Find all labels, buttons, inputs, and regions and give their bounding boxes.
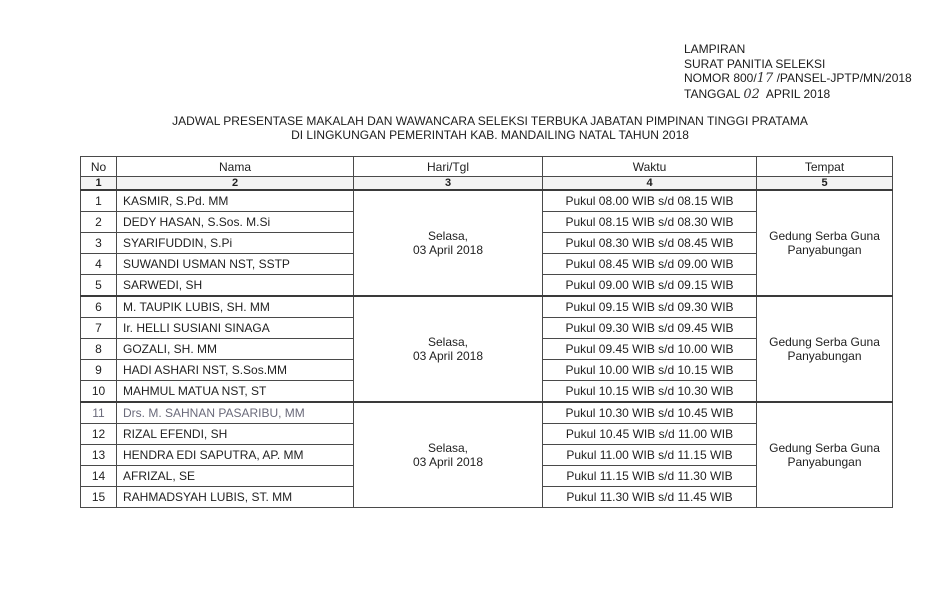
group-place-line1: Gedung Serba Guna [757,335,892,349]
group-place-cell: Gedung Serba GunaPanyabungan [757,402,893,508]
header-nama: Nama [117,157,354,177]
header-tempat: Tempat [757,157,893,177]
row-time: Pukul 11.15 WIB s/d 11.30 WIB [543,466,757,487]
column-number-row: 1 2 3 4 5 [81,177,893,191]
row-no: 8 [81,339,117,360]
row-name: Ir. HELLI SUSIANI SINAGA [117,318,354,339]
group-date-cell: Selasa,03 April 2018 [354,402,543,508]
group-day: Selasa, [354,441,542,455]
group-date-cell: Selasa,03 April 2018 [354,190,543,296]
tanggal-line: TANGGAL 02 APRIL 2018 [684,87,912,103]
row-no: 11 [81,402,117,424]
title-line-1: JADWAL PRESENTASE MAKALAH DAN WAWANCARA … [0,114,936,128]
tanggal-prefix: TANGGAL [684,87,743,101]
row-no: 10 [81,381,117,403]
row-name: GOZALI, SH. MM [117,339,354,360]
row-time: Pukul 08.00 WIB s/d 08.15 WIB [543,190,757,212]
group-place-line2: Panyabungan [757,243,892,257]
group-day: Selasa, [354,335,542,349]
table-row: 11 Drs. M. SAHNAN PASARIBU, MM Selasa,03… [81,402,893,424]
column-number: 5 [757,177,893,191]
row-no: 15 [81,487,117,508]
group-place-line2: Panyabungan [757,455,892,469]
row-name: SARWEDI, SH [117,275,354,297]
row-time: Pukul 08.30 WIB s/d 08.45 WIB [543,233,757,254]
nomor-line: NOMOR 800/17 /PANSEL-JPTP/MN/2018 [684,71,912,87]
row-name: Drs. M. SAHNAN PASARIBU, MM [117,402,354,424]
row-time: Pukul 09.00 WIB s/d 09.15 WIB [543,275,757,297]
column-number: 3 [354,177,543,191]
row-name: AFRIZAL, SE [117,466,354,487]
row-no: 2 [81,212,117,233]
nomor-suffix: /PANSEL-JPTP/MN/2018 [773,71,912,85]
row-name: HADI ASHARI NST, S.Sos.MM [117,360,354,381]
header-hari-tgl: Hari/Tgl [354,157,543,177]
tanggal-suffix: APRIL 2018 [760,87,830,101]
reference-block: LAMPIRAN SURAT PANITIA SELEKSI NOMOR 800… [684,42,912,102]
row-time: Pukul 09.45 WIB s/d 10.00 WIB [543,339,757,360]
surat-label: SURAT PANITIA SELEKSI [684,57,912,72]
group-place-line1: Gedung Serba Guna [757,441,892,455]
group-place-cell: Gedung Serba GunaPanyabungan [757,296,893,402]
row-time: Pukul 10.15 WIB s/d 10.30 WIB [543,381,757,403]
schedule-body: 1 KASMIR, S.Pd. MM Selasa,03 April 2018 … [81,190,893,508]
group-date: 03 April 2018 [354,349,542,363]
tanggal-handwritten: 02 [743,87,760,102]
row-time: Pukul 08.15 WIB s/d 08.30 WIB [543,212,757,233]
group-date-cell: Selasa,03 April 2018 [354,296,543,402]
row-no: 6 [81,296,117,318]
row-no: 7 [81,318,117,339]
row-time: Pukul 10.45 WIB s/d 11.00 WIB [543,424,757,445]
table-row: 6 M. TAUPIK LUBIS, SH. MM Selasa,03 Apri… [81,296,893,318]
row-name: DEDY HASAN, S.Sos. M.Si [117,212,354,233]
group-date: 03 April 2018 [354,455,542,469]
column-number: 2 [117,177,354,191]
group-date: 03 April 2018 [354,243,542,257]
row-no: 3 [81,233,117,254]
row-name: MAHMUL MATUA NST, ST [117,381,354,403]
row-no: 4 [81,254,117,275]
lampiran-label: LAMPIRAN [684,42,912,57]
row-no: 13 [81,445,117,466]
document-title: JADWAL PRESENTASE MAKALAH DAN WAWANCARA … [0,114,936,142]
row-time: Pukul 10.00 WIB s/d 10.15 WIB [543,360,757,381]
row-name: RAHMADSYAH LUBIS, ST. MM [117,487,354,508]
row-name: HENDRA EDI SAPUTRA, AP. MM [117,445,354,466]
nomor-handwritten: 17 [757,71,774,86]
row-no: 12 [81,424,117,445]
row-no: 1 [81,190,117,212]
row-name: RIZAL EFENDI, SH [117,424,354,445]
column-number: 1 [81,177,117,191]
row-name: SYARIFUDDIN, S.Pi [117,233,354,254]
group-place-cell: Gedung Serba GunaPanyabungan [757,190,893,296]
row-no: 9 [81,360,117,381]
row-name: M. TAUPIK LUBIS, SH. MM [117,296,354,318]
row-time: Pukul 11.00 WIB s/d 11.15 WIB [543,445,757,466]
row-time: Pukul 09.15 WIB s/d 09.30 WIB [543,296,757,318]
header-row: No Nama Hari/Tgl Waktu Tempat [81,157,893,177]
row-time: Pukul 10.30 WIB s/d 10.45 WIB [543,402,757,424]
row-time: Pukul 09.30 WIB s/d 09.45 WIB [543,318,757,339]
row-no: 5 [81,275,117,297]
title-line-2: DI LINGKUNGAN PEMERINTAH KAB. MANDAILING… [0,128,936,142]
group-place-line2: Panyabungan [757,349,892,363]
table-row: 1 KASMIR, S.Pd. MM Selasa,03 April 2018 … [81,190,893,212]
schedule-table: No Nama Hari/Tgl Waktu Tempat 1 2 3 4 5 … [80,156,893,508]
row-name: KASMIR, S.Pd. MM [117,190,354,212]
group-day: Selasa, [354,229,542,243]
group-place-line1: Gedung Serba Guna [757,229,892,243]
row-no: 14 [81,466,117,487]
row-time: Pukul 11.30 WIB s/d 11.45 WIB [543,487,757,508]
column-number: 4 [543,177,757,191]
row-name: SUWANDI USMAN NST, SSTP [117,254,354,275]
header-waktu: Waktu [543,157,757,177]
row-time: Pukul 08.45 WIB s/d 09.00 WIB [543,254,757,275]
header-no: No [81,157,117,177]
nomor-prefix: NOMOR 800/ [684,71,757,85]
